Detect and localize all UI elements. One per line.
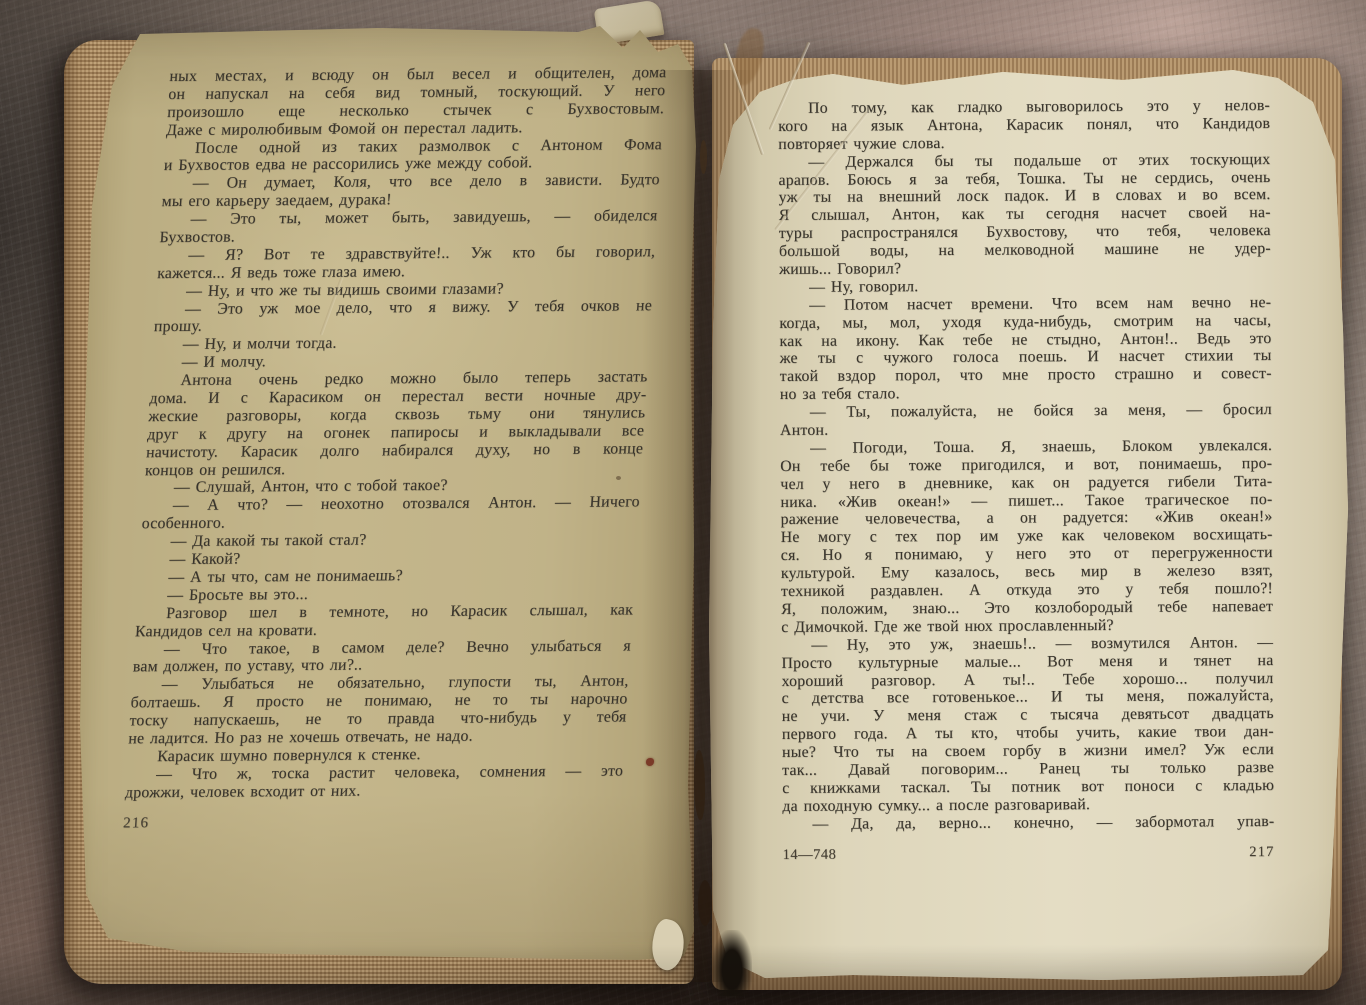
- open-book: ных местах, и всюду он был весел и общит…: [0, 0, 1366, 1005]
- text-line: Просто культурные малые... Вот меня и тя…: [781, 652, 1273, 673]
- text-line: — Ты, пожалуйста, не бойся за меня, — бр…: [780, 401, 1272, 422]
- signature-mark: 14—748: [783, 846, 837, 863]
- text-line: Я, положим, знаю... Это козлобородый теб…: [781, 598, 1273, 619]
- text-line: — Держался бы ты подальше от этих тоскую…: [778, 151, 1270, 172]
- text-line: такой вздор порол, что мне просто страшн…: [780, 365, 1272, 386]
- left-page: ных местах, и всюду он был весел и общит…: [78, 26, 698, 962]
- text-line: большой воды, на мелководной машине не у…: [779, 240, 1271, 261]
- left-page-lines: ных местах, и всюду он был весел и общит…: [124, 64, 667, 802]
- page-number-right: 217: [1249, 843, 1274, 860]
- right-page-footer: 14—748 217: [783, 843, 1275, 863]
- left-page-text: ных местах, и всюду он был весел и общит…: [123, 64, 667, 832]
- text-line: кого на язык Антона, Карасик понял, что …: [778, 115, 1270, 136]
- spine-damage-mark: [698, 880, 712, 926]
- right-page: По тому, как гладко выговорилось это у н…: [703, 30, 1348, 982]
- text-line: с книжками таскал. Ты потник вот поноси …: [782, 777, 1274, 798]
- right-page-lines: По тому, как гладко выговорилось это у н…: [778, 97, 1274, 834]
- right-page-text: По тому, как гладко выговорилось это у н…: [778, 97, 1275, 864]
- page-number-left: 216: [123, 811, 621, 832]
- spine-damage-mark: [700, 140, 707, 174]
- text-line: — Да, да, верно... конечно, — забормотал…: [782, 813, 1274, 834]
- spine-damage-mark: [694, 750, 705, 820]
- text-line: дрожжи, человек всходит от них.: [124, 780, 622, 802]
